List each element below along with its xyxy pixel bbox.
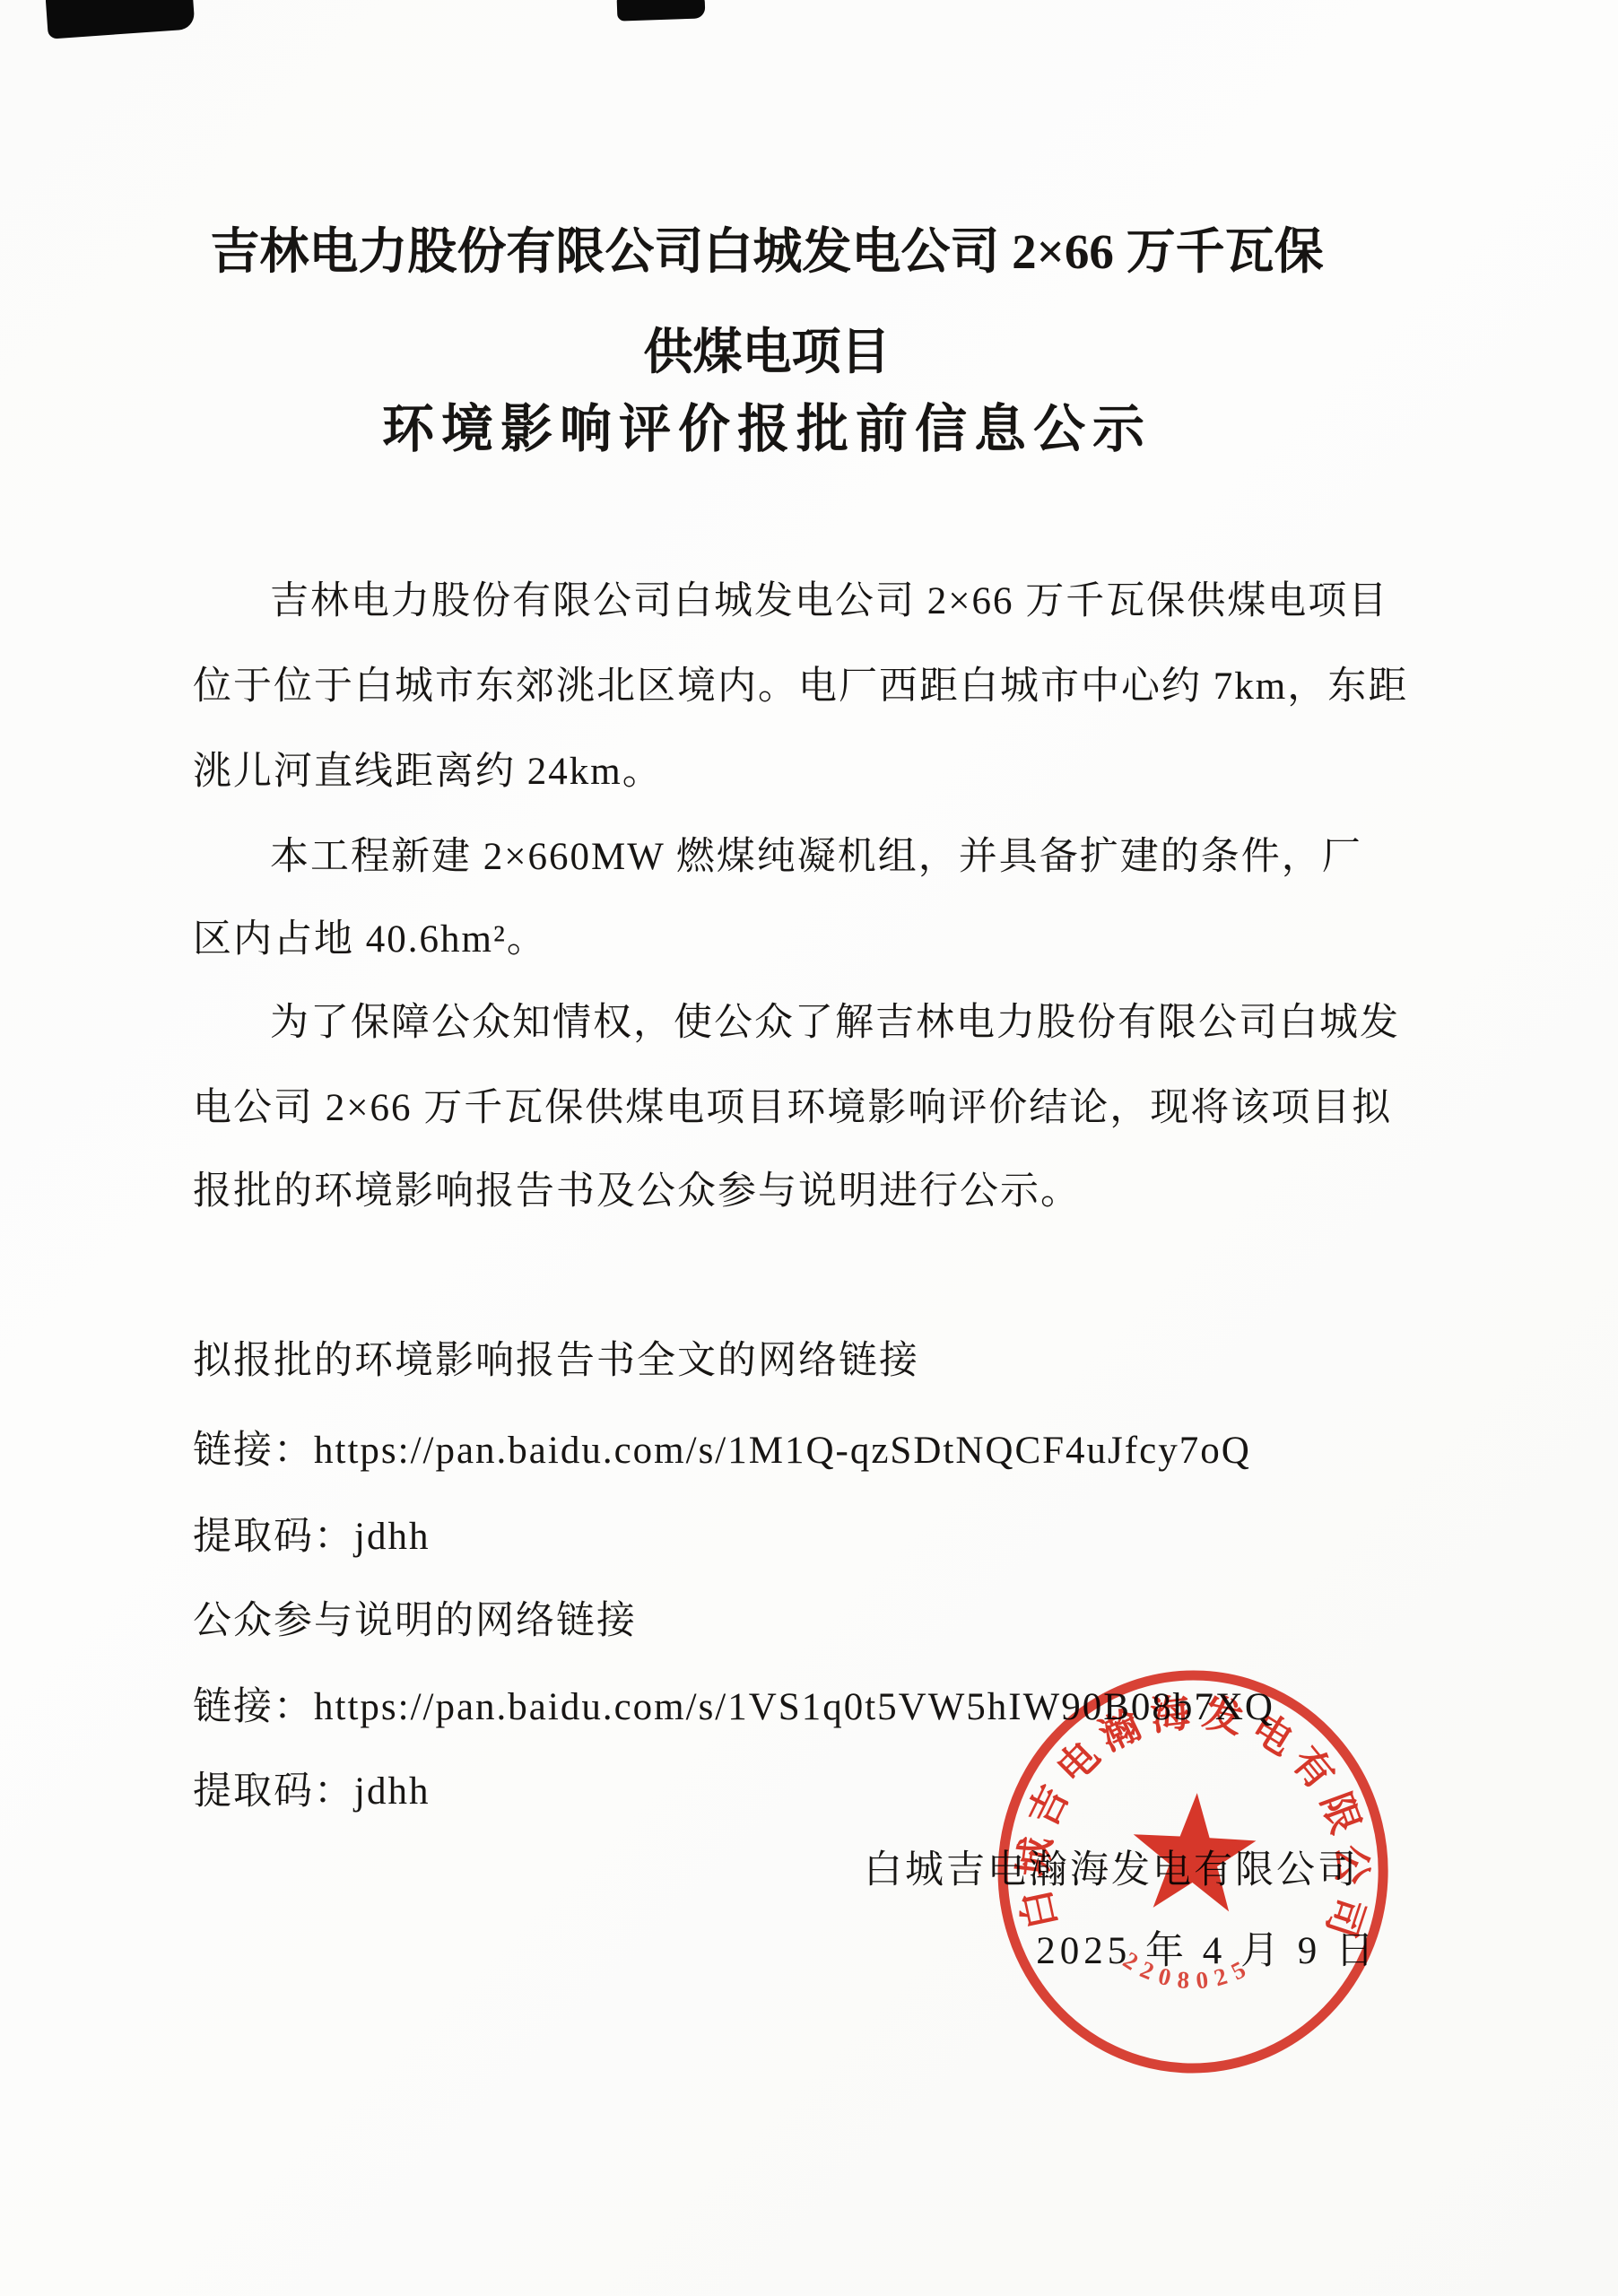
paragraph-line: 电公司 2×66 万千瓦保供煤电项目环境影响评价结论，现将该项目拟 bbox=[193, 1085, 1429, 1132]
report-code-value: jdhh bbox=[354, 1516, 430, 1558]
scanned-document-page: 吉林电力股份有限公司白城发电公司 2×66 万千瓦保 供煤电项目 环境影响评价报… bbox=[0, 0, 1618, 2296]
document-subtitle: 环境影响评价报批前信息公示 bbox=[0, 402, 1534, 457]
paragraph-line: 洮儿河直线距离约 24km。 bbox=[193, 749, 1429, 796]
link-label: 链接： bbox=[193, 1430, 314, 1472]
paragraph-line: 报批的环境影响报告书及公众参与说明进行公示。 bbox=[193, 1169, 1429, 1215]
scan-artifact-mark bbox=[617, 0, 706, 22]
paragraph-line: 吉林电力股份有限公司白城发电公司 2×66 万千瓦保供煤电项目 bbox=[193, 578, 1429, 625]
paragraph-line: 位于位于白城市东郊洮北区境内。电厂西距白城市中心约 7km，东距 bbox=[193, 664, 1429, 710]
company-seal-stamp: 白城吉电瀚海发电有限公司 2208025 bbox=[976, 1654, 1410, 2092]
report-link-url: https://pan.baidu.com/s/1M1Q-qzSDtNQCF4u… bbox=[314, 1430, 1251, 1472]
document-title-line-2: 供煤电项目 bbox=[0, 325, 1534, 380]
code-label: 提取码： bbox=[193, 1770, 354, 1813]
paragraph-line: 为了保障公众知情权，使公众了解吉林电力股份有限公司白城发 bbox=[193, 1000, 1429, 1047]
paragraph-line: 本工程新建 2×660MW 燃煤纯凝机组，并具备扩建的条件，厂 bbox=[193, 834, 1429, 881]
participation-code-value: jdhh bbox=[354, 1770, 430, 1813]
scan-artifact-mark bbox=[45, 0, 195, 39]
report-code-line: 提取码：jdhh bbox=[193, 1514, 1429, 1561]
code-label: 提取码： bbox=[193, 1516, 354, 1558]
seal-serial-number: 2208025 bbox=[1118, 1945, 1258, 1997]
link-label: 链接： bbox=[193, 1686, 314, 1728]
seal-star bbox=[1129, 1790, 1258, 1913]
paragraph-line: 区内占地 40.6hm²。 bbox=[193, 917, 1429, 963]
report-link-heading: 拟报批的环境影响报告书全文的网络链接 bbox=[193, 1338, 1429, 1385]
document-title-line-1: 吉林电力股份有限公司白城发电公司 2×66 万千瓦保 bbox=[0, 224, 1534, 280]
participation-link-heading: 公众参与说明的网络链接 bbox=[193, 1598, 1429, 1645]
report-link-line: 链接：https://pan.baidu.com/s/1M1Q-qzSDtNQC… bbox=[193, 1428, 1429, 1474]
